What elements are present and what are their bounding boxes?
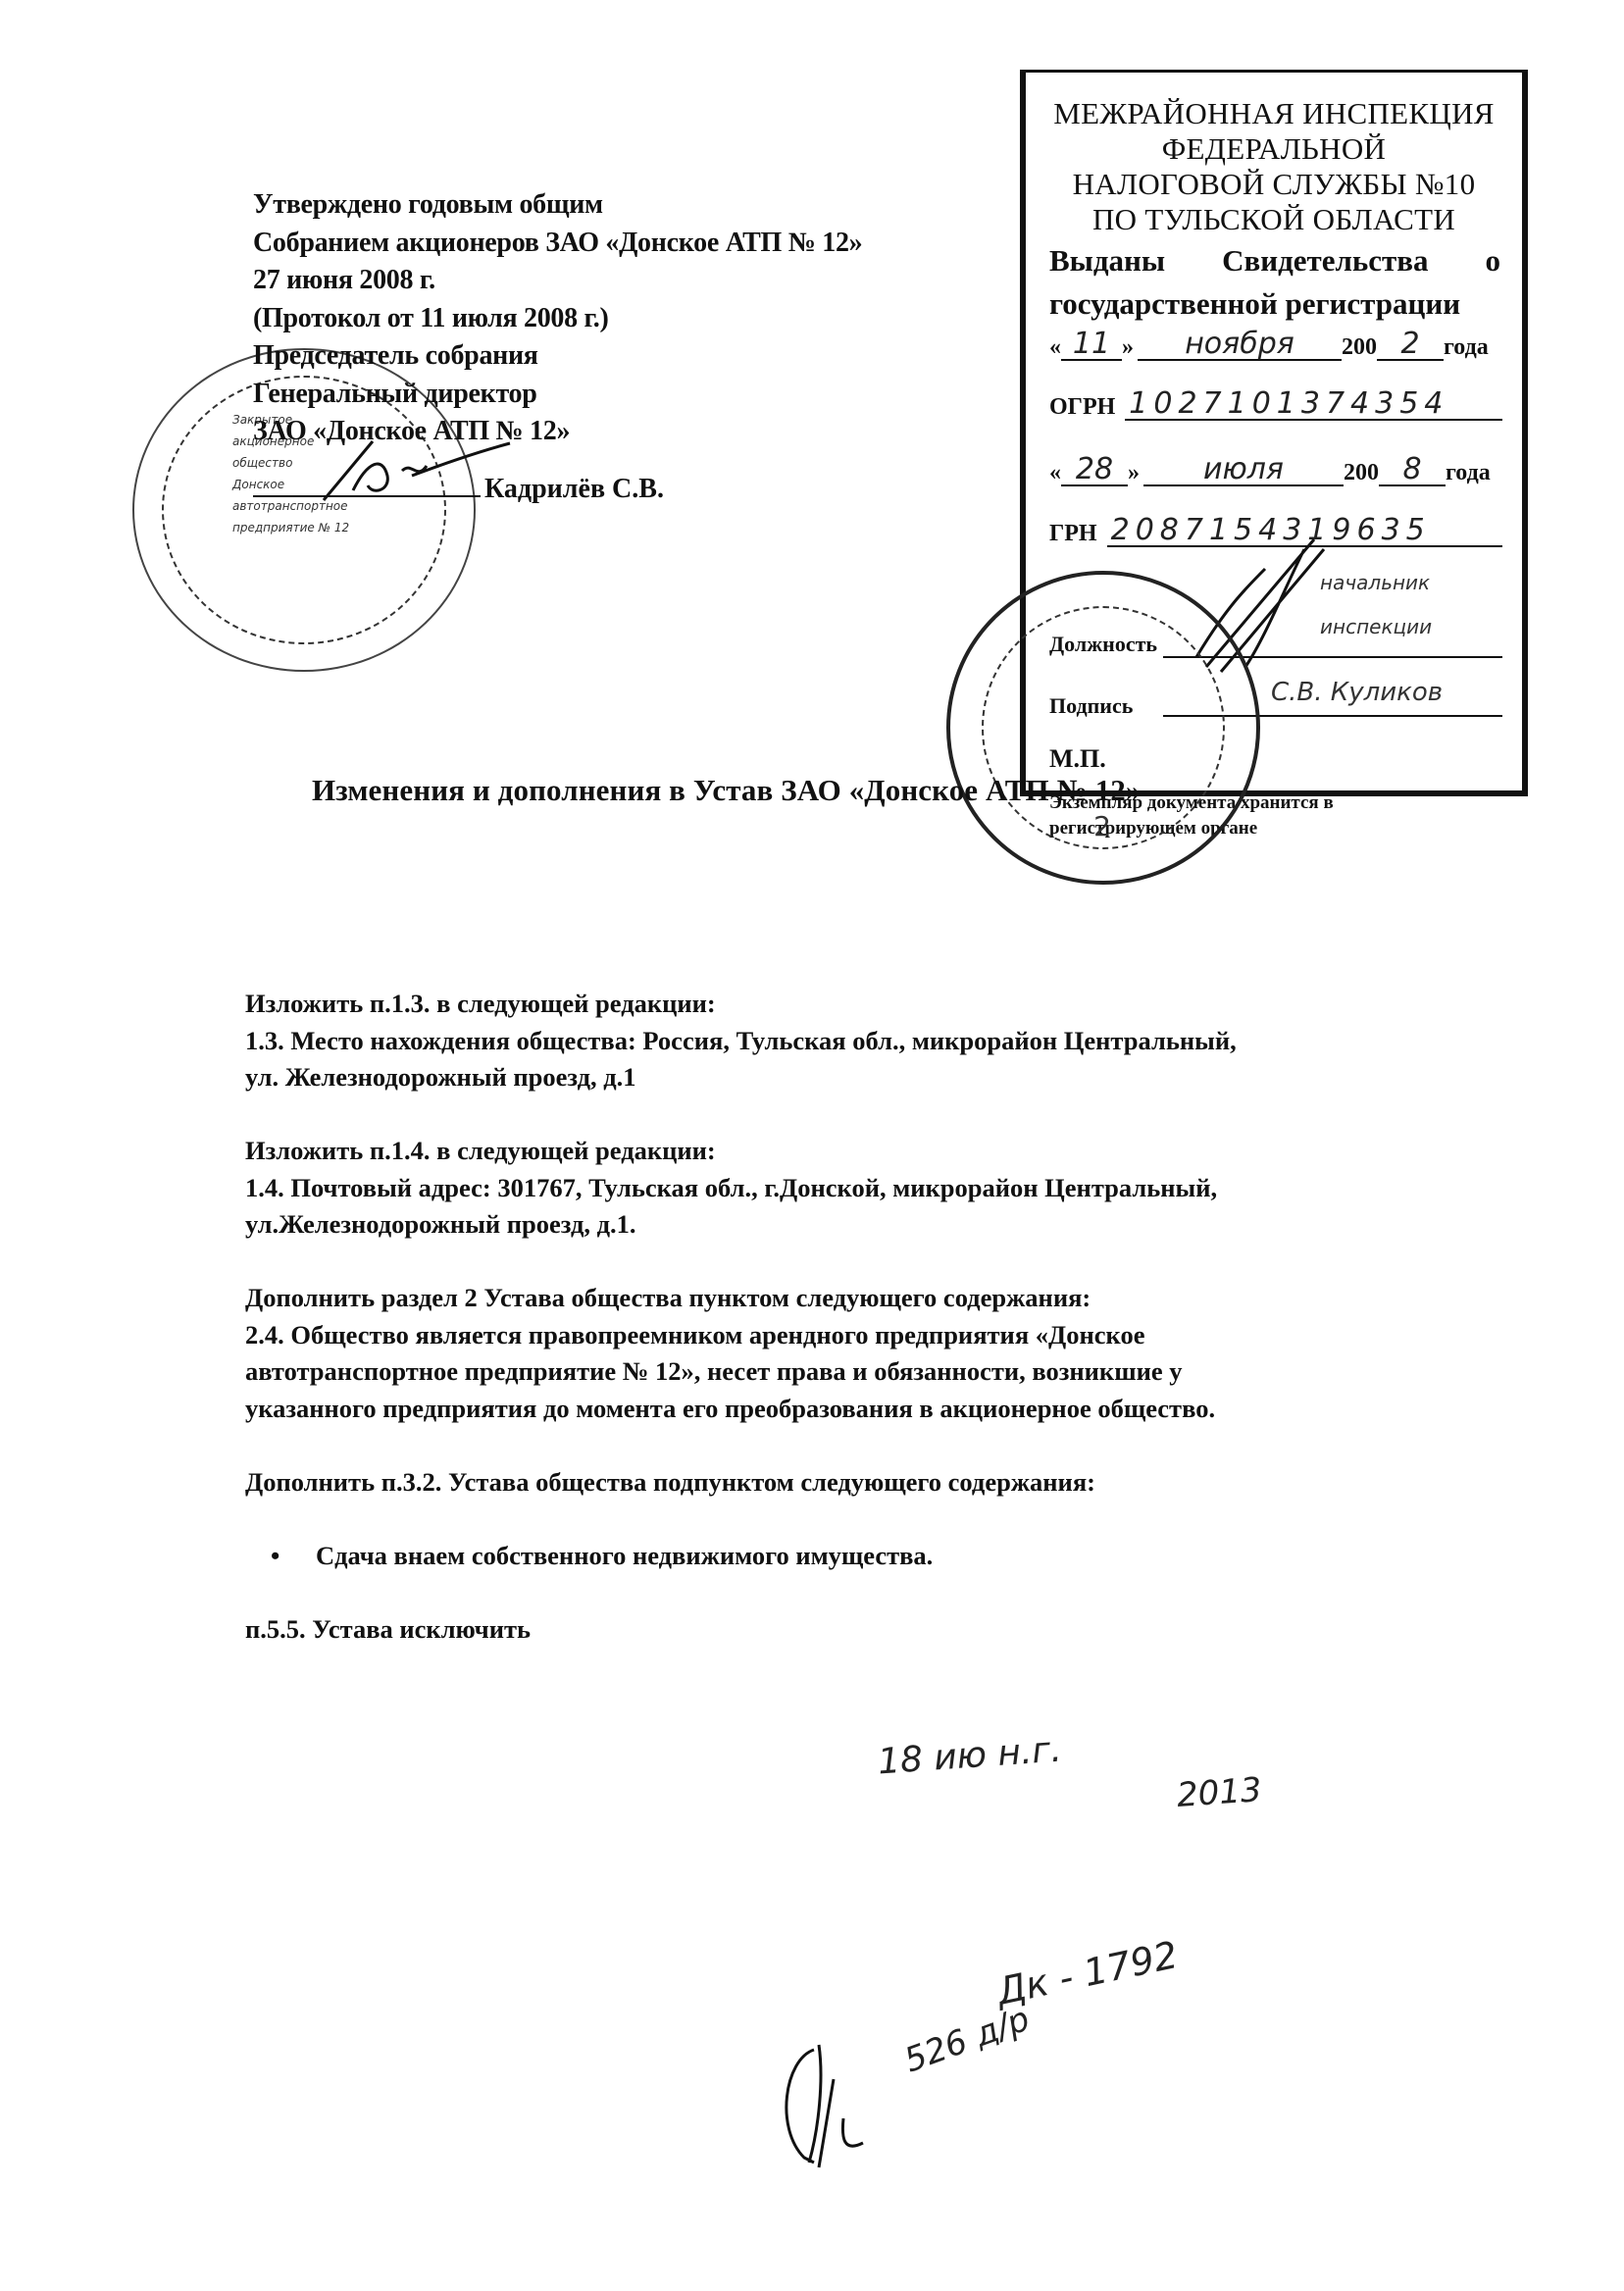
handwritten-date: 18 ию н.г. bbox=[877, 1730, 1063, 1783]
bullet-list: • Сдача внаем собственного недвижимого и… bbox=[245, 1538, 1481, 1575]
approval-line: Утверждено годовым общим bbox=[253, 186, 862, 225]
certificates-issued-heading: Выданы Свидетельства о государственной р… bbox=[1049, 239, 1500, 326]
section-5-5: п.5.5. Устава исключить bbox=[245, 1611, 1481, 1649]
section-line: 1.3. Место нахождения общества: Россия, … bbox=[245, 1023, 1481, 1060]
section-heading: Дополнить п.3.2. Устава общества подпунк… bbox=[245, 1464, 1481, 1502]
second-registration-date: « 28 » июля 200 8 года bbox=[1049, 455, 1502, 486]
approval-line: Собранием акционеров ЗАО «Донское АТП № … bbox=[253, 225, 862, 263]
list-item: • Сдача внаем собственного недвижимого и… bbox=[316, 1538, 1481, 1575]
position-handwritten-line2: инспекции bbox=[1320, 615, 1432, 638]
inspector-name-handwritten: С.В. Куликов bbox=[1271, 678, 1443, 707]
section-2-4: Дополнить раздел 2 Устава общества пункт… bbox=[245, 1280, 1481, 1427]
approval-line: 27 июня 2008 г. bbox=[253, 262, 862, 300]
approval-block: Утверждено годовым общим Собранием акцио… bbox=[253, 186, 862, 451]
section-line: ул. Железнодорожный проезд, д.1 bbox=[245, 1059, 1481, 1096]
tax-office-round-stamp: 2 bbox=[946, 571, 1260, 885]
section-1-4: Изложить п.1.4. в следующей редакции: 1.… bbox=[245, 1133, 1481, 1244]
handwritten-year: 2013 bbox=[1176, 1770, 1263, 1815]
tax-office-header: МЕЖРАЙОННАЯ ИНСПЕКЦИЯ ФЕДЕРАЛЬНОЙ НАЛОГО… bbox=[1026, 96, 1522, 237]
approval-line: (Протокол от 11 июля 2008 г.) bbox=[253, 300, 862, 338]
amendments-body: Изложить п.1.3. в следующей редакции: 1.… bbox=[245, 986, 1481, 1685]
section-line: 2.4. Общество является правопреемником а… bbox=[245, 1317, 1481, 1354]
bullet-icon: • bbox=[271, 1538, 279, 1575]
section-line: 1.4. Почтовый адрес: 301767, Тульская об… bbox=[245, 1170, 1481, 1207]
handwritten-initials-signature bbox=[765, 2040, 902, 2177]
section-line: ул.Железнодорожный проезд, д.1. bbox=[245, 1206, 1481, 1244]
section-line: автотранспортное предприятие № 12», несе… bbox=[245, 1353, 1481, 1391]
section-heading: Дополнить раздел 2 Устава общества пункт… bbox=[245, 1280, 1481, 1317]
tax-stamp-center-number: 2 bbox=[1088, 810, 1117, 842]
handwritten-note-b: 526 д/р bbox=[899, 2000, 1035, 2081]
section-3-2: Дополнить п.3.2. Устава общества подпунк… bbox=[245, 1464, 1481, 1502]
section-heading: Изложить п.1.4. в следующей редакции: bbox=[245, 1133, 1481, 1170]
approval-line: Генеральный директор bbox=[253, 376, 862, 414]
approval-line: Председатель собрания bbox=[253, 337, 862, 376]
document-title: Изменения и дополнения в Устав ЗАО «Донс… bbox=[312, 773, 1142, 808]
position-handwritten-line1: начальник bbox=[1320, 571, 1430, 594]
section-heading: Изложить п.1.3. в следующей редакции: bbox=[245, 986, 1481, 1023]
section-line: указанного предприятия до момента его пр… bbox=[245, 1391, 1481, 1428]
section-heading: п.5.5. Устава исключить bbox=[245, 1611, 1481, 1649]
ogrn-field: ОГРН 1027101374354 bbox=[1049, 389, 1502, 421]
section-1-3: Изложить п.1.3. в следующей редакции: 1.… bbox=[245, 986, 1481, 1096]
director-signature-scribble bbox=[314, 432, 520, 510]
first-registration-date: « 11 » ноября 200 2 года bbox=[1049, 330, 1502, 361]
